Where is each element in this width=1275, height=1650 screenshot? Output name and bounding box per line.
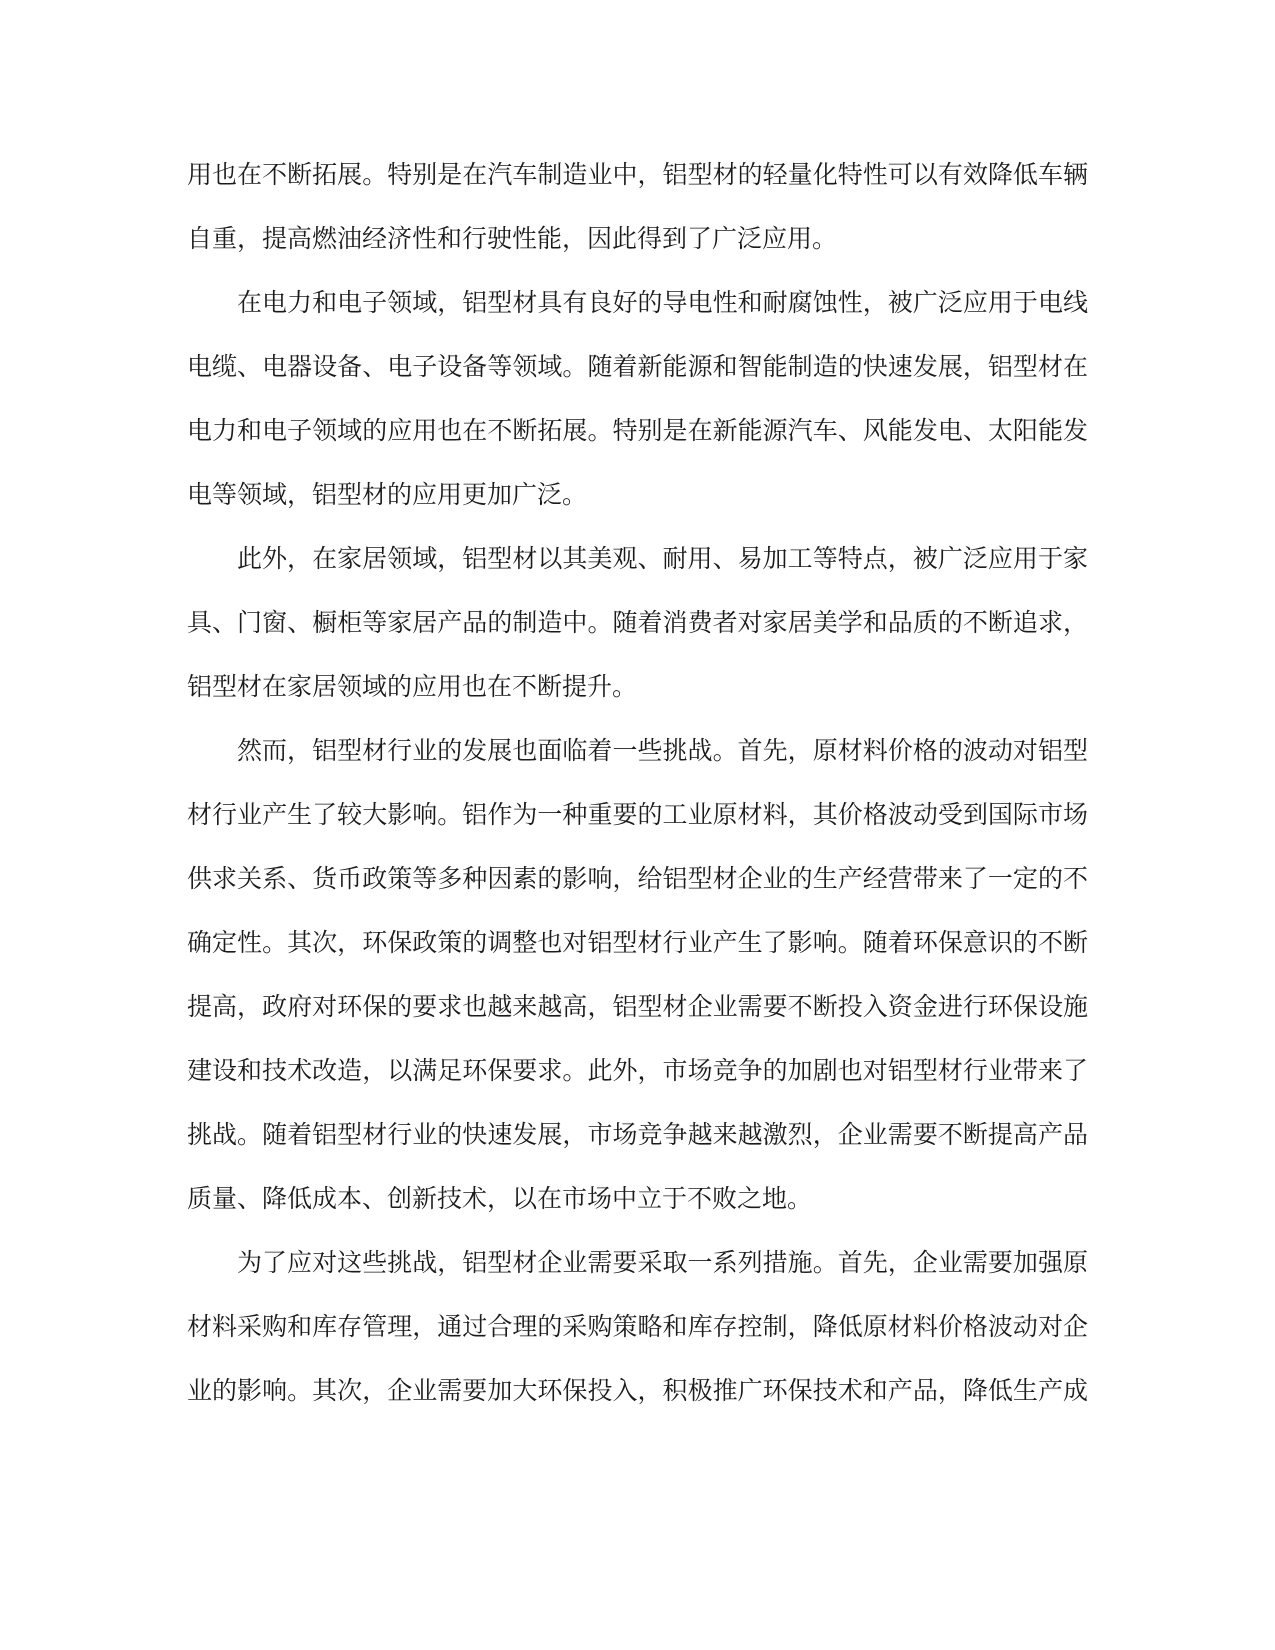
text-line: 业的影响。其次，企业需要加大环保投入，积极推广环保技术和产品，降低生产成 [187,1359,1088,1423]
text-line-paragraph-end: 自重，提高燃油经济性和行驶性能，因此得到了广泛应用。 [187,207,1088,271]
text-line: 电力和电子领域的应用也在不断拓展。特别是在新能源汽车、风能发电、太阳能发 [187,399,1088,463]
text-line: 用也在不断拓展。特别是在汽车制造业中，铝型材的轻量化特性可以有效降低车辆 [187,143,1088,207]
text-line-paragraph-end: 铝型材在家居领域的应用也在不断提升。 [187,655,1088,719]
text-line-paragraph-end: 电等领域，铝型材的应用更加广泛。 [187,463,1088,527]
text-line-paragraph-end: 质量、降低成本、创新技术，以在市场中立于不败之地。 [187,1167,1088,1231]
document-text-block: 用也在不断拓展。特别是在汽车制造业中，铝型材的轻量化特性可以有效降低车辆 自重，… [187,143,1088,1423]
text-line: 确定性。其次，环保政策的调整也对铝型材行业产生了影响。随着环保意识的不断 [187,911,1088,975]
text-line: 材行业产生了较大影响。铝作为一种重要的工业原材料，其价格波动受到国际市场 [187,783,1088,847]
text-line: 建设和技术改造，以满足环保要求。此外，市场竞争的加剧也对铝型材行业带来了 [187,1039,1088,1103]
text-line: 电缆、电器设备、电子设备等领域。随着新能源和智能制造的快速发展，铝型材在 [187,335,1088,399]
text-line-paragraph-start: 在电力和电子领域，铝型材具有良好的导电性和耐腐蚀性，被广泛应用于电线 [187,271,1088,335]
document-page: 用也在不断拓展。特别是在汽车制造业中，铝型材的轻量化特性可以有效降低车辆 自重，… [0,0,1275,1650]
text-line-paragraph-start: 为了应对这些挑战，铝型材企业需要采取一系列措施。首先，企业需要加强原 [187,1231,1088,1295]
text-line: 供求关系、货币政策等多种因素的影响，给铝型材企业的生产经营带来了一定的不 [187,847,1088,911]
text-line: 具、门窗、橱柜等家居产品的制造中。随着消费者对家居美学和品质的不断追求， [187,591,1088,655]
text-line: 提高，政府对环保的要求也越来越高，铝型材企业需要不断投入资金进行环保设施 [187,975,1088,1039]
text-line-paragraph-start: 然而，铝型材行业的发展也面临着一些挑战。首先，原材料价格的波动对铝型 [187,719,1088,783]
text-line-paragraph-start: 此外，在家居领域，铝型材以其美观、耐用、易加工等特点，被广泛应用于家 [187,527,1088,591]
text-line: 挑战。随着铝型材行业的快速发展，市场竞争越来越激烈，企业需要不断提高产品 [187,1103,1088,1167]
text-line: 材料采购和库存管理，通过合理的采购策略和库存控制，降低原材料价格波动对企 [187,1295,1088,1359]
